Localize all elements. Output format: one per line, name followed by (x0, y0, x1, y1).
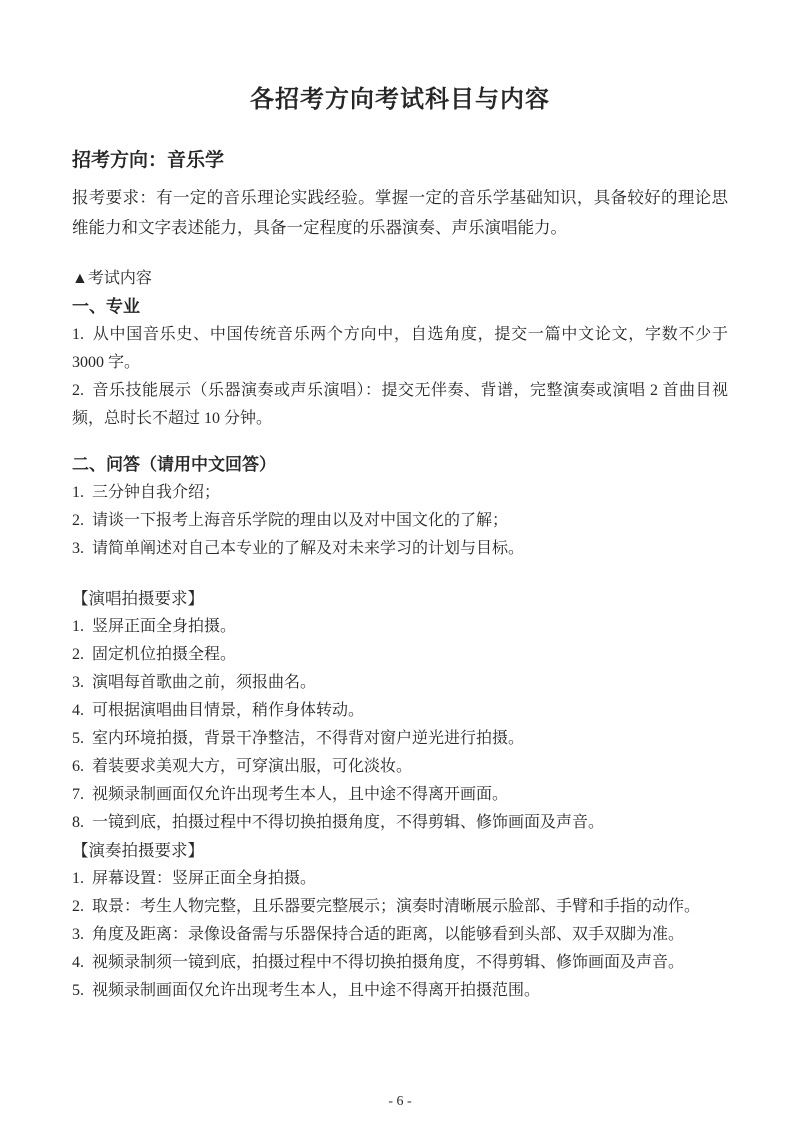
list-item: 7. 视频录制画面仅允许出现考生本人，且中途不得离开画面。 (72, 781, 728, 809)
list-item: 2. 取景：考生人物完整，且乐器要完整展示；演奏时清晰展示脸部、手臂和手指的动作… (72, 893, 728, 921)
instrument-shooting-heading: 【演奏拍摄要求】 (72, 837, 728, 865)
list-item: 2. 请谈一下报考上海音乐学院的理由以及对中国文化的了解； (72, 507, 728, 535)
requirements-text: 报考要求：有一定的音乐理论实践经验。掌握一定的音乐学基础知识，具备较好的理论思维… (72, 183, 728, 243)
list-item: 8. 一镜到底，拍摄过程中不得切换拍摄角度，不得剪辑、修饰画面及声音。 (72, 809, 728, 837)
list-item: 1. 从中国音乐史、中国传统音乐两个方向中，自选角度，提交一篇中文论文，字数不少… (72, 321, 728, 377)
list-item: 1. 屏幕设置：竖屏正面全身拍摄。 (72, 865, 728, 893)
list-item: 3. 请简单阐述对自己本专业的了解及对未来学习的计划与目标。 (72, 535, 728, 563)
list-item: 3. 演唱每首歌曲之前，须报曲名。 (72, 669, 728, 697)
exam-content-marker: ▲考试内容 (72, 265, 728, 293)
page-title: 各招考方向考试科目与内容 (72, 84, 728, 116)
list-item: 3. 角度及距离：录像设备需与乐器保持合适的距离，以能够看到头部、双手双脚为准。 (72, 921, 728, 949)
direction-heading: 招考方向：音乐学 (72, 148, 728, 174)
list-item: 4. 可根据演唱曲目情景，稍作身体转动。 (72, 697, 728, 725)
list-item: 1. 竖屏正面全身拍摄。 (72, 613, 728, 641)
document-page: 各招考方向考试科目与内容 招考方向：音乐学 报考要求：有一定的音乐理论实践经验。… (0, 0, 800, 1133)
document-content: 各招考方向考试科目与内容 招考方向：音乐学 报考要求：有一定的音乐理论实践经验。… (0, 0, 800, 1005)
list-item: 6. 着装要求美观大方，可穿演出服，可化淡妆。 (72, 753, 728, 781)
list-item: 2. 固定机位拍摄全程。 (72, 641, 728, 669)
list-item: 2. 音乐技能展示（乐器演奏或声乐演唱）：提交无伴奏、背谱，完整演奏或演唱 2 … (72, 377, 728, 433)
list-item: 4. 视频录制须一镜到底，拍摄过程中不得切换拍摄角度，不得剪辑、修饰画面及声音。 (72, 949, 728, 977)
vocal-shooting-heading: 【演唱拍摄要求】 (72, 585, 728, 613)
page-number: - 6 - (0, 1093, 800, 1111)
list-item: 5. 室内环境拍摄，背景干净整洁，不得背对窗户逆光进行拍摄。 (72, 725, 728, 753)
major-section-heading: 一、专业 (72, 293, 728, 321)
list-item: 5. 视频录制画面仅允许出现考生本人，且中途不得离开拍摄范围。 (72, 977, 728, 1005)
list-item: 1. 三分钟自我介绍； (72, 479, 728, 507)
qa-section-heading: 二、问答（请用中文回答） (72, 451, 728, 479)
